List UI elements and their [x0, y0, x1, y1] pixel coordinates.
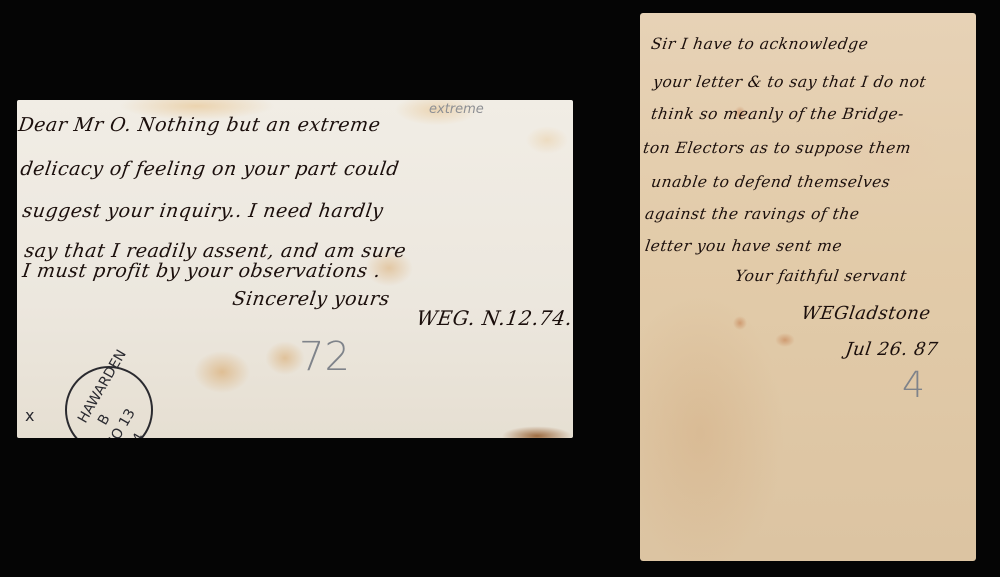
letter-line-2: your letter & to say that I do not	[652, 73, 928, 91]
letter-line-5: I must profit by your observations .	[21, 260, 382, 282]
letter-line-3: think so meanly of the Bridge-	[650, 105, 905, 123]
letter-line-7: letter you have sent me	[644, 237, 843, 255]
postcard-right: Sir I have to acknowledge your letter & …	[640, 13, 976, 561]
signature-date: WEG. N.12.74.	[415, 306, 573, 330]
letter-line-4: ton Electors as to suppose them	[642, 139, 912, 157]
letter-line-4: say that I readily assent, and am sure	[23, 240, 408, 262]
letter-line-1: Sir I have to acknowledge	[650, 35, 870, 53]
letter-line-3: suggest your inquiry.. I need hardly	[21, 200, 385, 222]
letter-closing: Your faithful servant	[734, 267, 908, 285]
postmark-stamp: HAWARDEN B NO 13 74	[65, 366, 153, 438]
corner-mark: x	[25, 406, 34, 425]
letter-line-5: unable to defend themselves	[650, 173, 892, 191]
postcard-left: extreme Dear Mr O. Nothing but an extrem…	[17, 100, 573, 438]
letter-line-2: delicacy of feeling on your part could	[19, 158, 401, 180]
letter-line-6: against the ravings of the	[644, 205, 861, 223]
letter-line-1: Dear Mr O. Nothing but an extreme	[17, 114, 382, 136]
pencil-number: 72	[299, 334, 350, 380]
letter-date: Jul 26. 87	[844, 339, 939, 360]
postmark-code: B	[95, 412, 114, 428]
pencil-mark: 4	[902, 365, 925, 406]
pencil-annotation-top: extreme	[429, 102, 484, 117]
letter-closing: Sincerely yours	[231, 288, 391, 310]
signature: WEGladstone	[800, 303, 932, 324]
